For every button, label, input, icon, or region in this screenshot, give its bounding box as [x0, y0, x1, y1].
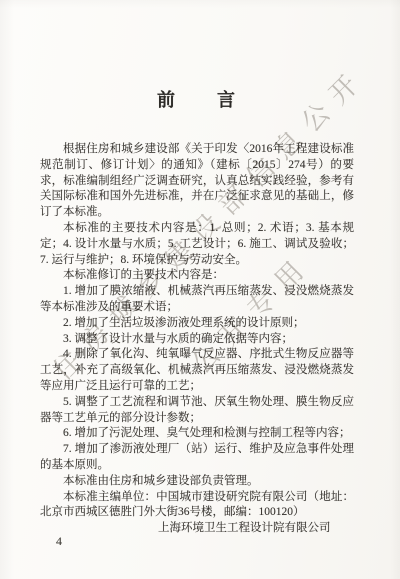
preface-paragraph-main-contents: 本标准的主要技术内容是：1. 总则；2. 术语；3. 基本规定；4. 设计水量与… — [40, 221, 354, 268]
preface-paragraph-management: 本标准由住房和城乡建设部负责管理。 — [40, 474, 354, 490]
revision-item-2: 2. 增加了生活垃圾渗沥液处理系统的设计原则； — [40, 316, 354, 332]
page-number: 4 — [56, 534, 62, 549]
page-title: 前 言 — [40, 86, 354, 112]
preface-paragraph-revision-intro: 本标准修订的主要技术内容是： — [40, 268, 354, 284]
revision-item-4: 4. 删除了氧化沟、纯氧曝气反应器、序批式生物反应器等工艺，补充了高级氧化、机械… — [40, 347, 354, 394]
revision-item-5: 5. 调整了工艺流程和调节池、厌氧生物处理、膜生物反应器等工艺单元的部分设计参数… — [40, 395, 354, 427]
scanned-document-page: 住房城乡建设部信息公开 公开专用 前 言 根据住房和城乡建设部《关于印发〈201… — [0, 0, 400, 579]
preface-paragraph-second-editor-unit: 上海环境卫生工程设计院有限公司 — [158, 521, 354, 537]
revision-item-1: 1. 增加了膜浓缩液、机械蒸汽再压缩蒸发、浸没燃烧蒸发等本标准涉及的重要术语； — [40, 284, 354, 316]
revision-item-3: 3. 调整了设计水量与水质的确定依据等内容； — [40, 332, 354, 348]
preface-text-block: 前 言 根据住房和城乡建设部《关于印发〈2016年工程建设标准规范制订、修订计划… — [40, 86, 354, 537]
preface-paragraph-basis: 根据住房和城乡建设部《关于印发〈2016年工程建设标准规范制订、修订计划〉的通知… — [40, 142, 354, 221]
preface-paragraph-chief-editor-unit: 本标准主编单位：中国城市建设研究院有限公司（地址：北京市西城区德胜门外大街36号… — [40, 490, 354, 522]
revision-item-6: 6. 增加了污泥处理、臭气处理和检测与控制工程等内容； — [40, 426, 354, 442]
revision-item-7: 7. 增加了渗沥液处理厂（站）运行、维护及应急事件处理的基本原则。 — [40, 442, 354, 474]
